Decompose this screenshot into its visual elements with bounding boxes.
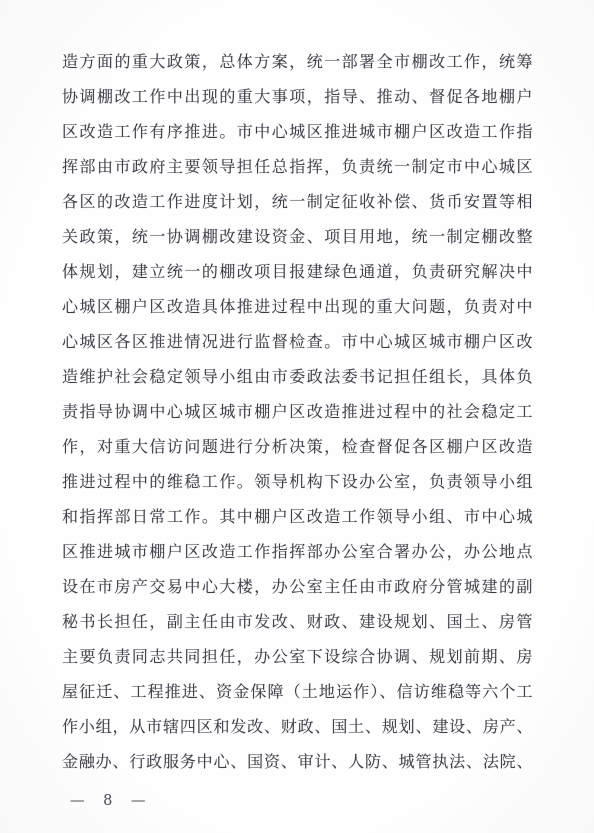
- text-line: 推进过程中的维稳工作。领导机构下设办公室，负责领导小组: [62, 464, 533, 499]
- text-line: 心城区各区推进情况进行监督检查。市中心城区城市棚户区改: [62, 324, 533, 359]
- text-line: 设在市房产交易中心大楼，办公室主任由市政府分管城建的副: [62, 569, 533, 604]
- text-line: 区改造工作有序推进。市中心城区推进城市棚户区改造工作指: [62, 114, 533, 149]
- text-line: 挥部由市政府主要领导担任总指挥，负责统一制定市中心城区: [62, 149, 533, 184]
- text-line: 作小组，从市辖四区和发改、财政、国土、规划、建设、房产、: [62, 709, 533, 744]
- text-line: 关政策，统一协调棚改建设资金、项目用地，统一制定棚改整: [62, 219, 533, 254]
- page-number: — 8 —: [70, 793, 147, 809]
- text-line: 体规划，建立统一的棚改项目报建绿色通道，负责研究解决中: [62, 254, 533, 289]
- text-line: 屋征迁、工程推进、资金保障（土地运作）、信访维稳等六个工: [62, 674, 533, 709]
- text-line: 造维护社会稳定领导小组由市委政法委书记担任组长，具体负: [62, 359, 533, 394]
- text-line: 责指导协调中心城区城市棚户区改造推进过程中的社会稳定工: [62, 394, 533, 429]
- body-text-block: 造方面的重大政策，总体方案，统一部署全市棚改工作，统筹 协调棚改工作中出现的重大…: [62, 44, 533, 779]
- text-line: 作，对重大信访问题进行分析决策，检查督促各区棚户区改造: [62, 429, 533, 464]
- text-line: 金融办、行政服务中心、国资、审计、人防、城管执法、法院、: [62, 744, 533, 779]
- text-line: 主要负责同志共同担任，办公室下设综合协调、规划前期、房: [62, 639, 533, 674]
- text-line: 秘书长担任，副主任由市发改、财政、建设规划、国土、房管: [62, 604, 533, 639]
- text-line: 区推进城市棚户区改造工作指挥部办公室合署办公，办公地点: [62, 534, 533, 569]
- text-line: 协调棚改工作中出现的重大事项，指导、推动、督促各地棚户: [62, 79, 533, 114]
- text-line: 心城区棚户区改造具体推进过程中出现的重大问题，负责对中: [62, 289, 533, 324]
- text-line: 和指挥部日常工作。其中棚户区改造工作领导小组、市中心城: [62, 499, 533, 534]
- text-line: 造方面的重大政策，总体方案，统一部署全市棚改工作，统筹: [62, 44, 533, 79]
- text-line: 各区的改造工作进度计划，统一制定征收补偿、货币安置等相: [62, 184, 533, 219]
- document-page: 造方面的重大政策，总体方案，统一部署全市棚改工作，统筹 协调棚改工作中出现的重大…: [0, 0, 594, 833]
